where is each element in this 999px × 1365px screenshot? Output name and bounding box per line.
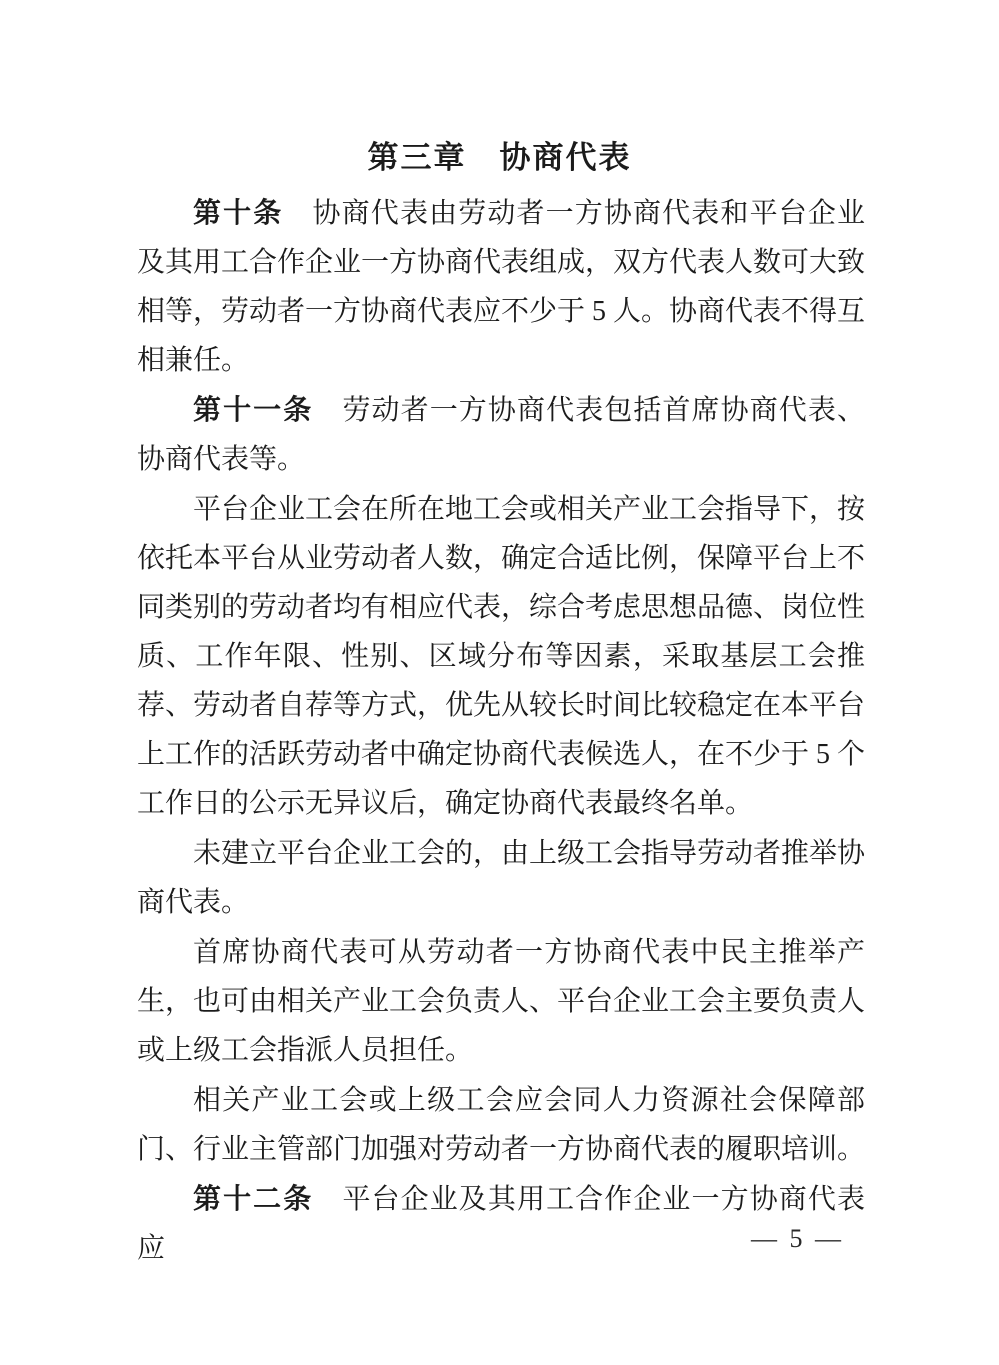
paragraph: 首席协商代表可从劳动者一方协商代表中民主推举产生，也可由相关产业工会负责人、平台… <box>137 927 865 1075</box>
paragraph-text: 首席协商代表可从劳动者一方协商代表中民主推举产生，也可由相关产业工会负责人、平台… <box>137 937 865 1066</box>
paragraph: 相关产业工会或上级工会应会同人力资源社会保障部门、行业主管部门加强对劳动者一方协… <box>137 1075 865 1174</box>
paragraph: 未建立平台企业工会的，由上级工会指导劳动者推举协商代表。 <box>137 828 865 927</box>
paragraph: 第十一条 劳动者一方协商代表包括首席协商代表、协商代表等。 <box>137 385 865 484</box>
paragraph-text: 相关产业工会或上级工会应会同人力资源社会保障部门、行业主管部门加强对劳动者一方协… <box>137 1085 865 1165</box>
paragraph-text: 未建立平台企业工会的，由上级工会指导劳动者推举协商代表。 <box>137 838 865 918</box>
document-body: 第十条 协商代表由劳动者一方协商代表和平台企业及其用工合作企业一方协商代表组成，… <box>137 188 865 1273</box>
document-page: 第三章 协商代表 第十条 协商代表由劳动者一方协商代表和平台企业及其用工合作企业… <box>0 0 999 1365</box>
article-number-label: 第十一条 <box>193 394 313 425</box>
paragraph-text: 平台企业工会在所在地工会或相关产业工会指导下，按依托本平台从业劳动者人数，确定合… <box>137 494 865 819</box>
article-number-label: 第十条 <box>193 197 283 228</box>
paragraph: 第十条 协商代表由劳动者一方协商代表和平台企业及其用工合作企业一方协商代表组成，… <box>137 188 865 385</box>
article-number-label: 第十二条 <box>193 1183 313 1214</box>
chapter-title: 第三章 协商代表 <box>0 0 999 180</box>
page-number: — 5 — <box>751 1224 844 1254</box>
paragraph: 平台企业工会在所在地工会或相关产业工会指导下，按依托本平台从业劳动者人数，确定合… <box>137 484 865 828</box>
